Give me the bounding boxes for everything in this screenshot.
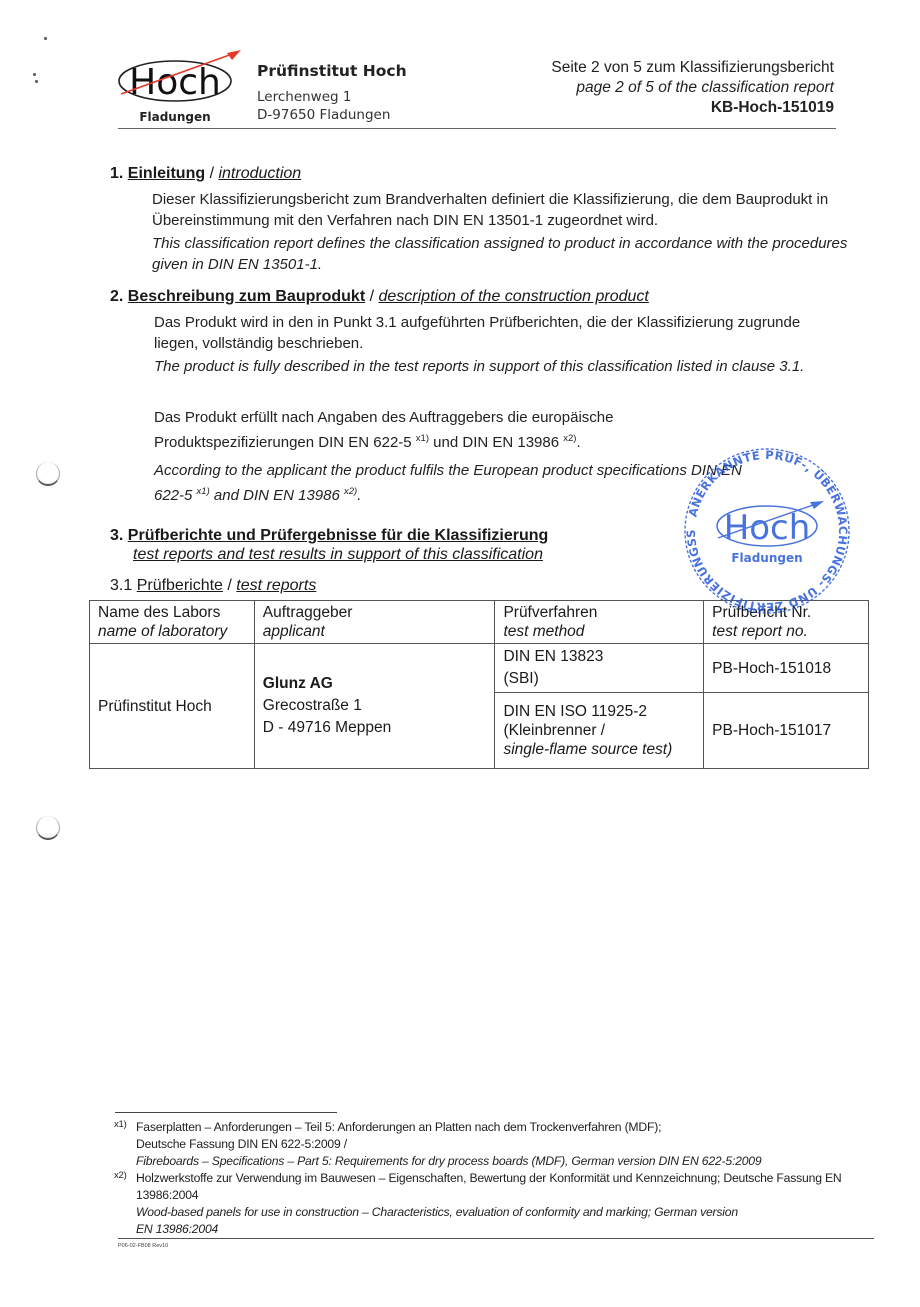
section-number: 2. — [110, 288, 123, 305]
footnote-line: Holzwerkstoffe zur Verwendung im Bauwese… — [136, 1170, 904, 1187]
footnote-x1: x1) Faserplatten – Anforderungen – Teil … — [114, 1119, 904, 1170]
applicant-city: D - 49716 Meppen — [263, 717, 487, 739]
form-number: P06-02-FB08 Rev10 — [118, 1243, 168, 1249]
section-2-text-de: Das Produkt wird in den in Punkt 3.1 auf… — [154, 312, 834, 354]
header-en: applicant — [263, 622, 487, 641]
method-line: DIN EN 13823 — [503, 646, 695, 668]
scan-speck — [44, 37, 47, 40]
section-title-de: Einleitung — [128, 165, 205, 182]
header-en: name of laboratory — [98, 622, 246, 641]
section-number: 3. — [110, 527, 123, 544]
section-2-spec-de: Das Produkt erfüllt nach Angaben des Auf… — [154, 407, 714, 453]
section-1-text-de: Dieser Klassifizierungsbericht zum Brand… — [152, 189, 852, 231]
text: . — [576, 434, 580, 451]
text: and DIN EN 13986 — [210, 487, 344, 504]
footnote-ref: x2) — [563, 433, 576, 444]
header-en: test report no. — [712, 622, 860, 641]
footnote-line: Wood-based panels for use in constructio… — [136, 1204, 904, 1221]
address-street: Lerchenweg 1 — [257, 88, 390, 106]
section-2-heading: 2. Beschreibung zum Bauprodukt / descrip… — [110, 288, 649, 306]
footnote-line: Fibreboards – Specifications – Part 5: R… — [136, 1153, 904, 1170]
separator: / — [205, 165, 218, 182]
separator: / — [365, 288, 378, 305]
header-en: test method — [503, 622, 695, 641]
report-id: KB-Hoch-151019 — [551, 98, 834, 118]
section-title-de: Prüfberichte und Prüfergebnisse für die … — [128, 527, 549, 544]
subsection-number: 3.1 — [110, 577, 137, 594]
scan-speck — [33, 73, 36, 76]
footnote-line: 13986:2004 — [136, 1187, 904, 1204]
applicant-cell: Glunz AG Grecostraße 1 D - 49716 Meppen — [254, 644, 495, 769]
footnote-x2: x2) Holzwerkstoffe zur Verwendung im Bau… — [114, 1170, 904, 1238]
table-row: Prüfinstitut Hoch Glunz AG Grecostraße 1… — [90, 644, 869, 693]
logo-place: Fladungen — [139, 110, 210, 124]
header-test-method: Prüfverfahrentest method — [495, 601, 704, 644]
section-title-en: description of the construction product — [379, 288, 649, 305]
section-1-heading: 1. Einleitung / introduction — [110, 165, 301, 183]
footnote-line: EN 13986:2004 — [136, 1221, 904, 1238]
applicant-street: Grecostraße 1 — [263, 695, 487, 717]
address-city: D-97650 Fladungen — [257, 106, 390, 124]
footnote-marker: x2) — [114, 1167, 127, 1184]
footnote-ref: x1) — [197, 486, 210, 497]
section-2-text-en: The product is fully described in the te… — [154, 356, 834, 377]
method-line: (Kleinbrenner / — [503, 721, 695, 740]
report-no-cell: PB-Hoch-151018 — [704, 644, 869, 693]
header-de: Prüfverfahren — [503, 603, 695, 622]
section-title-en: introduction — [218, 165, 301, 182]
text: . — [357, 487, 361, 504]
page-info: Seite 2 von 5 zum Klassifizierungsberich… — [551, 58, 834, 118]
hoch-logo: Hoch Fladungen — [115, 48, 245, 124]
page-info-de: Seite 2 von 5 zum Klassifizierungsberich… — [551, 58, 834, 78]
punch-hole — [36, 816, 60, 840]
footnote-line: Faserplatten – Anforderungen – Teil 5: A… — [136, 1119, 904, 1136]
header-divider — [118, 128, 836, 129]
section-title-de: Beschreibung zum Bauprodukt — [128, 288, 365, 305]
footnote-marker: x1) — [114, 1116, 127, 1133]
text: und DIN EN 13986 — [429, 434, 563, 451]
header-de: Name des Labors — [98, 603, 246, 622]
footnote-line: Deutsche Fassung DIN EN 622-5:2009 / — [136, 1136, 904, 1153]
header-de: Auftraggeber — [263, 603, 487, 622]
institute-address: Lerchenweg 1 D-97650 Fladungen — [257, 88, 390, 124]
header-laboratory: Name des Laborsname of laboratory — [90, 601, 255, 644]
institute-name: Prüfinstitut Hoch — [257, 62, 407, 80]
test-method-cell: DIN EN 13823(SBI) — [495, 644, 704, 693]
footer-divider — [118, 1238, 874, 1239]
stamp-wordmark: Hoch — [724, 508, 811, 548]
laboratory-cell: Prüfinstitut Hoch — [90, 644, 255, 769]
logo-wordmark: Hoch — [129, 62, 221, 103]
stamp-place: Fladungen — [731, 551, 802, 565]
punch-hole — [36, 462, 60, 486]
page-info-en: page 2 of 5 of the classification report — [551, 78, 834, 98]
subsection-title-de: Prüfberichte — [137, 577, 223, 594]
section-number: 1. — [110, 165, 123, 182]
footnote-ref: x1) — [416, 433, 429, 444]
subsection-3-1-heading: 3.1 Prüfberichte / test reports — [110, 577, 316, 595]
section-3-heading: 3. Prüfberichte und Prüfergebnisse für d… — [110, 527, 548, 545]
method-line: single-flame source test) — [503, 740, 695, 759]
footnote-divider — [115, 1112, 337, 1113]
scan-speck — [35, 80, 38, 83]
report-no-cell: PB-Hoch-151017 — [704, 693, 869, 769]
method-line: (SBI) — [503, 668, 695, 690]
header-applicant: Auftraggeberapplicant — [254, 601, 495, 644]
test-method-cell: DIN EN ISO 11925-2(Kleinbrenner /single-… — [495, 693, 704, 769]
separator: / — [223, 577, 236, 594]
section-title-en: test reports and test results in support… — [133, 546, 543, 563]
method-line: DIN EN ISO 11925-2 — [503, 702, 695, 721]
applicant-name: Glunz AG — [263, 673, 487, 695]
footnote-ref: x2) — [344, 486, 357, 497]
subsection-title-en: test reports — [236, 577, 316, 594]
section-1-text-en: This classification report defines the c… — [152, 233, 864, 275]
certification-stamp: ANERKANNTE PRÜF-, ÜBERWACHUNGS- UND ZERT… — [678, 446, 856, 616]
section-3-heading-en: test reports and test results in support… — [133, 546, 543, 564]
test-reports-table: Name des Laborsname of laboratory Auftra… — [89, 600, 869, 769]
